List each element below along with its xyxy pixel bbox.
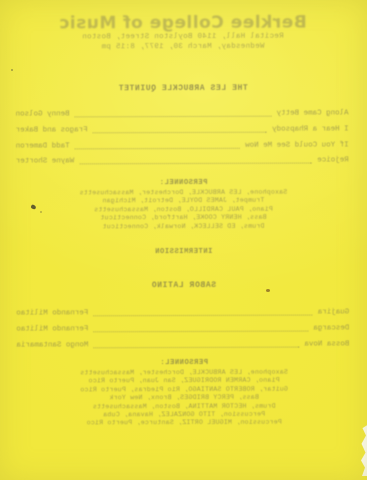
personnel-line: Drums, ED SELLECK, Norwalk, Connecticut — [0, 222, 367, 232]
dot-leader — [93, 314, 312, 317]
piece-title: Rejoice — [317, 156, 349, 165]
scanned-program-page: Berklee College of Music Recital Hall, 1… — [0, 0, 367, 480]
bleed-through-content: Berklee College of Music Recital Hall, 1… — [0, 0, 367, 480]
piece-title: I Hear a Rhapsody — [272, 125, 349, 134]
dot-leader — [75, 115, 272, 118]
dot-leader — [75, 147, 240, 150]
dot-leader — [93, 131, 267, 134]
composer-name: Wayne Shorter — [16, 157, 75, 166]
personnel-line: Percussion, MIGUEL ORTIZ, Santurce, Puer… — [1, 419, 367, 429]
set2-personnel-heading: PERSONNEL: — [0, 358, 367, 367]
composer-name: Fernando Militao — [16, 309, 88, 318]
ink-speck — [40, 211, 42, 213]
set2-personnel-list: Saxophone, LES ARBUCKLE, Dorchester, Mas… — [0, 368, 367, 428]
composer-name: Tadd Dameron — [16, 142, 70, 151]
set1-personnel-heading: PERSONNEL: — [0, 178, 367, 187]
program-row: Bossa Nova Mongo Santamaria — [16, 340, 349, 350]
composer-name: Fragos and Baker — [16, 126, 88, 135]
composer-name: Mongo Santamaria — [16, 341, 88, 350]
program-row: If You Could See Me Now Tadd Dameron — [16, 141, 349, 151]
set1-personnel-list: Saxophone, LES ARBUCKLE, Dorchester, Mas… — [0, 188, 367, 231]
dot-leader — [93, 346, 299, 349]
venue-address: Recital Hall, 1140 Boylston Street, Bost… — [0, 32, 366, 41]
school-name: Berklee College of Music — [0, 12, 366, 33]
program-row: I Hear a Rhapsody Fragos and Baker — [16, 125, 349, 135]
composer-name: Fernando Militao — [16, 325, 88, 334]
program-row: Along Came Betty Benny Golson — [16, 109, 349, 119]
piece-title: Along Came Betty — [277, 109, 349, 118]
piece-title: Guajira — [318, 308, 350, 317]
program-row: Descarga Fernando Militao — [16, 324, 349, 334]
program-row: Rejoice Wayne Shorter — [16, 156, 349, 166]
piece-title: Descarga — [313, 324, 349, 333]
set2-title: SABOR LATINO — [0, 280, 367, 290]
event-datetime: Wednesday, March 30, 1977, 8:15 pm — [0, 42, 366, 51]
intermission-label: INTERMISSION — [0, 247, 367, 256]
piece-title: Bossa Nova — [304, 340, 349, 349]
set1-title: THE LES ARBUCKLE QUINTET — [0, 83, 366, 93]
ink-speck — [266, 289, 270, 292]
dot-leader — [93, 330, 308, 333]
composer-name: Benny Golson — [16, 110, 70, 119]
ink-speck — [11, 69, 13, 71]
program-row: Guajira Fernando Militao — [16, 308, 349, 318]
piece-title: If You Could See Me Now — [245, 141, 349, 150]
dot-leader — [79, 162, 312, 165]
